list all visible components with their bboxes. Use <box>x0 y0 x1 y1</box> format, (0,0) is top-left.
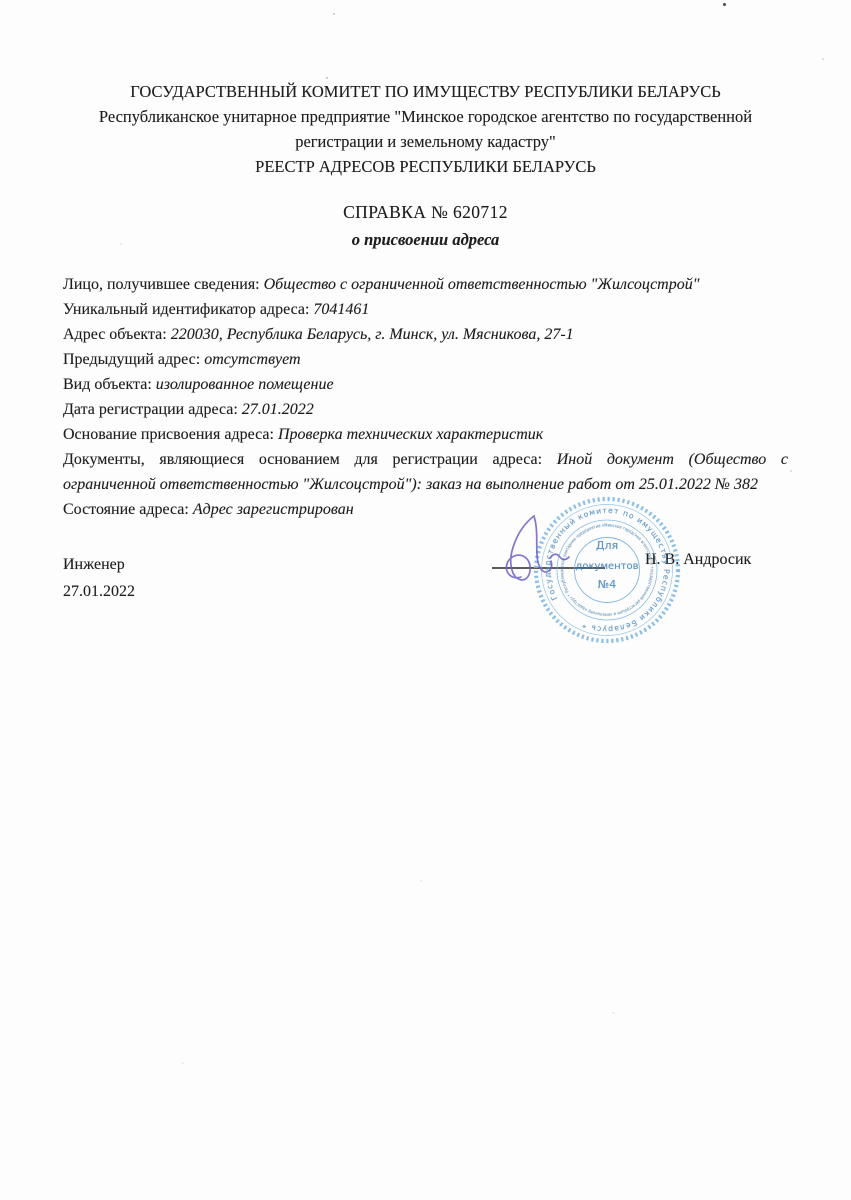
stamp-center-line3: №4 <box>598 578 616 591</box>
title-block: СПРАВКА № 620712 о присвоении адреса <box>63 199 788 253</box>
noise-speck <box>420 880 422 882</box>
field-row-unique-id: Уникальный идентификатор адреса: 7041461 <box>63 297 788 322</box>
field-row-assignment-basis: Основание присвоения адреса: Проверка те… <box>63 422 788 447</box>
letterhead-registry: РЕЕСТР АДРЕСОВ РЕСПУБЛИКИ БЕЛАРУСЬ <box>63 154 788 179</box>
field-label: Состояние адреса: <box>63 501 189 518</box>
signature-tail-stroke <box>534 516 552 572</box>
field-value: Общество с ограниченной ответственностью… <box>264 276 700 293</box>
signature-loop-stroke <box>506 516 534 580</box>
field-value: Адрес зарегистрирован <box>193 501 354 518</box>
noise-speck <box>723 3 726 6</box>
letterhead-committee: ГОСУДАРСТВЕННЫЙ КОМИТЕТ ПО ИМУЩЕСТВУ РЕС… <box>63 79 788 104</box>
field-row-previous-address: Предыдущий адрес: отсутствует <box>63 347 788 372</box>
certificate-number-title: СПРАВКА № 620712 <box>63 199 788 226</box>
handwritten-signature <box>488 508 588 598</box>
field-label: Предыдущий адрес: <box>63 351 200 368</box>
stamp-center-line1: Для <box>596 539 618 552</box>
noise-speck <box>822 58 824 60</box>
field-row-object-address: Адрес объекта: 220030, Республика Белару… <box>63 322 788 347</box>
field-label: Основание присвоения адреса: <box>63 426 274 443</box>
noise-speck <box>326 77 328 79</box>
field-label: Документы, являющиеся основанием для рег… <box>63 451 542 468</box>
noise-speck <box>612 1012 615 1014</box>
field-row-recipient: Лицо, получившее сведения: Общество с ог… <box>63 272 788 297</box>
noise-speck <box>182 1062 184 1064</box>
letterhead-enterprise-line2: регистрации и земельному кадастру" <box>63 129 788 154</box>
field-value: 7041461 <box>313 301 369 318</box>
signatory-block: Инженер 27.01.2022 <box>63 551 135 605</box>
letterhead: ГОСУДАРСТВЕННЫЙ КОМИТЕТ ПО ИМУЩЕСТВУ РЕС… <box>63 79 788 179</box>
field-label: Адрес объекта: <box>63 326 167 343</box>
field-value: 27.01.2022 <box>242 401 314 418</box>
noise-speck <box>120 243 122 245</box>
field-label: Уникальный идентификатор адреса: <box>63 301 309 318</box>
field-row-object-type: Вид объекта: изолированное помещение <box>63 372 788 397</box>
signature-wave-stroke <box>550 554 569 559</box>
field-value: 220030, Республика Беларусь, г. Минск, у… <box>171 326 574 343</box>
field-label: Вид объекта: <box>63 376 152 393</box>
field-value: изолированное помещение <box>156 376 334 393</box>
field-value: Проверка технических характеристик <box>278 426 543 443</box>
signature-date: 27.01.2022 <box>63 578 135 605</box>
scanned-certificate-page: ГОСУДАРСТВЕННЫЙ КОМИТЕТ ПО ИМУЩЕСТВУ РЕС… <box>0 0 851 1200</box>
field-value: отсутствует <box>204 351 300 368</box>
signatory-position: Инженер <box>63 551 135 578</box>
field-row-registration-date: Дата регистрации адреса: 27.01.2022 <box>63 397 788 422</box>
field-label: Дата регистрации адреса: <box>63 401 238 418</box>
certificate-subtitle: о присвоении адреса <box>63 226 788 253</box>
fields-section: Лицо, получившее сведения: Общество с ог… <box>63 272 788 522</box>
noise-speck <box>790 470 792 472</box>
field-label: Лицо, получившее сведения: <box>63 276 260 293</box>
noise-speck <box>333 13 335 15</box>
letterhead-enterprise-line1: Республиканское унитарное предприятие "М… <box>63 104 788 129</box>
